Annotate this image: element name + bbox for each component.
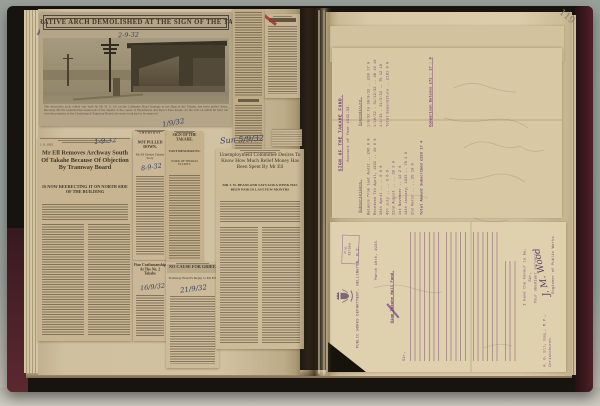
photo-caption: The decorative arch, which was built by … bbox=[44, 105, 228, 116]
grief-subhead: Tramway Board's Reply to Mr Ell. bbox=[167, 276, 218, 280]
newsprint-text bbox=[136, 295, 164, 337]
right-page: 119 SIGN OF THE TAKAHE FUND. Account of … bbox=[326, 12, 572, 376]
headline-wrap: Mr Ell Removes Archway South Of Takahe B… bbox=[40, 149, 130, 179]
book-cover-right-edge bbox=[575, 6, 593, 392]
newsprint-text bbox=[42, 204, 128, 220]
craftsmanship-headline: Fine Craftsmanship At The No. 2 Takahe bbox=[134, 263, 166, 276]
newsprint-column bbox=[42, 224, 84, 336]
newsprint-column bbox=[262, 227, 300, 343]
denies-subhead: Mr Ell Denies Takahe Story bbox=[134, 153, 166, 160]
printed-dateline: 1. 9. 1932 bbox=[40, 143, 53, 147]
headline-border: DECORATIVE ARCH DEMOLISHED AT THE SIGN O… bbox=[43, 15, 229, 30]
newsprint-text bbox=[136, 176, 164, 256]
newsprint-text bbox=[220, 201, 300, 223]
grief-headline: NO CAUSE FOR GRIEF. bbox=[167, 264, 218, 269]
handwritten-date: 16/9/32 bbox=[140, 282, 166, 293]
unemployment-headline: Unemployment Committee Desires To Know H… bbox=[218, 152, 302, 170]
photo-clipping-headline: DECORATIVE ARCH DEMOLISHED AT THE SIGN O… bbox=[40, 19, 232, 26]
left-page: DECORATIVE ARCH DEMOLISHED AT THE SIGN O… bbox=[38, 9, 300, 375]
newsprint-text bbox=[235, 12, 262, 96]
sign-subhead-2: WORK OF THOMAS ELLIOTT. bbox=[167, 160, 202, 166]
craftsmanship-clipping: Fine Craftsmanship At The No. 2 Takahe 1… bbox=[133, 261, 167, 341]
sepia-overlay bbox=[43, 38, 229, 104]
no-cause-for-grief-clipping: NO CAUSE FOR GRIEF. Tramway Board's Repl… bbox=[166, 262, 219, 368]
newsprint-text bbox=[268, 26, 297, 94]
photo-clipping: DECORATIVE ARCH DEMOLISHED AT THE SIGN O… bbox=[40, 12, 232, 126]
removes-subhead: IS NOW REERECTING IT ON NORTH SIDE OF TH… bbox=[42, 184, 128, 194]
not-pulled-down-clipping: THURSDAY NOT PULLED DOWN. Mr Ell Denies … bbox=[133, 130, 167, 260]
removes-archway-clipping: 1. 9. 1932 1-9-32 Mr Ell Removes Archway… bbox=[38, 138, 132, 341]
photo-caption-wrap: The decorative arch, which was built by … bbox=[44, 105, 228, 125]
scrapbook-photograph: DECORATIVE ARCH DEMOLISHED AT THE SIGN O… bbox=[0, 0, 600, 406]
gutter-page-edge bbox=[323, 10, 325, 374]
printed-slip bbox=[272, 129, 302, 146]
newsprint-column bbox=[88, 224, 130, 336]
unemployment-subhead: MR J. W. BEANLAND SAYS £230 A WEEK HAS B… bbox=[219, 183, 301, 192]
sign-headline: SIGN OF THE TAKAHE. bbox=[167, 133, 202, 142]
newsprint-text bbox=[169, 175, 200, 259]
handwritten-date: 21/9/32 bbox=[180, 283, 208, 294]
news-photo-building bbox=[43, 38, 229, 104]
gutter-page-edge bbox=[318, 10, 320, 374]
denies-headline: NOT PULLED DOWN. bbox=[134, 140, 166, 149]
unemployment-clipping: Unemployment Committee Desires To Know H… bbox=[216, 149, 304, 349]
sign-of-takahe-clipping: SIGN OF THE TAKAHE. VAST RESOURCES. WORK… bbox=[166, 131, 203, 263]
handwritten-date: 8-9-32 bbox=[141, 162, 163, 173]
sign-subhead-1: VAST RESOURCES. bbox=[167, 149, 202, 153]
newsprint-text bbox=[170, 296, 215, 364]
small-clipping bbox=[265, 14, 300, 98]
newsprint-column bbox=[220, 227, 258, 343]
subhead-wrap: IS NOW REERECTING IT ON NORTH SIDE OF TH… bbox=[42, 184, 128, 198]
pencil-scrawl bbox=[334, 48, 566, 358]
subhead-bar bbox=[238, 99, 259, 102]
removes-headline: Mr Ell Removes Archway South Of Takahe B… bbox=[40, 149, 130, 171]
